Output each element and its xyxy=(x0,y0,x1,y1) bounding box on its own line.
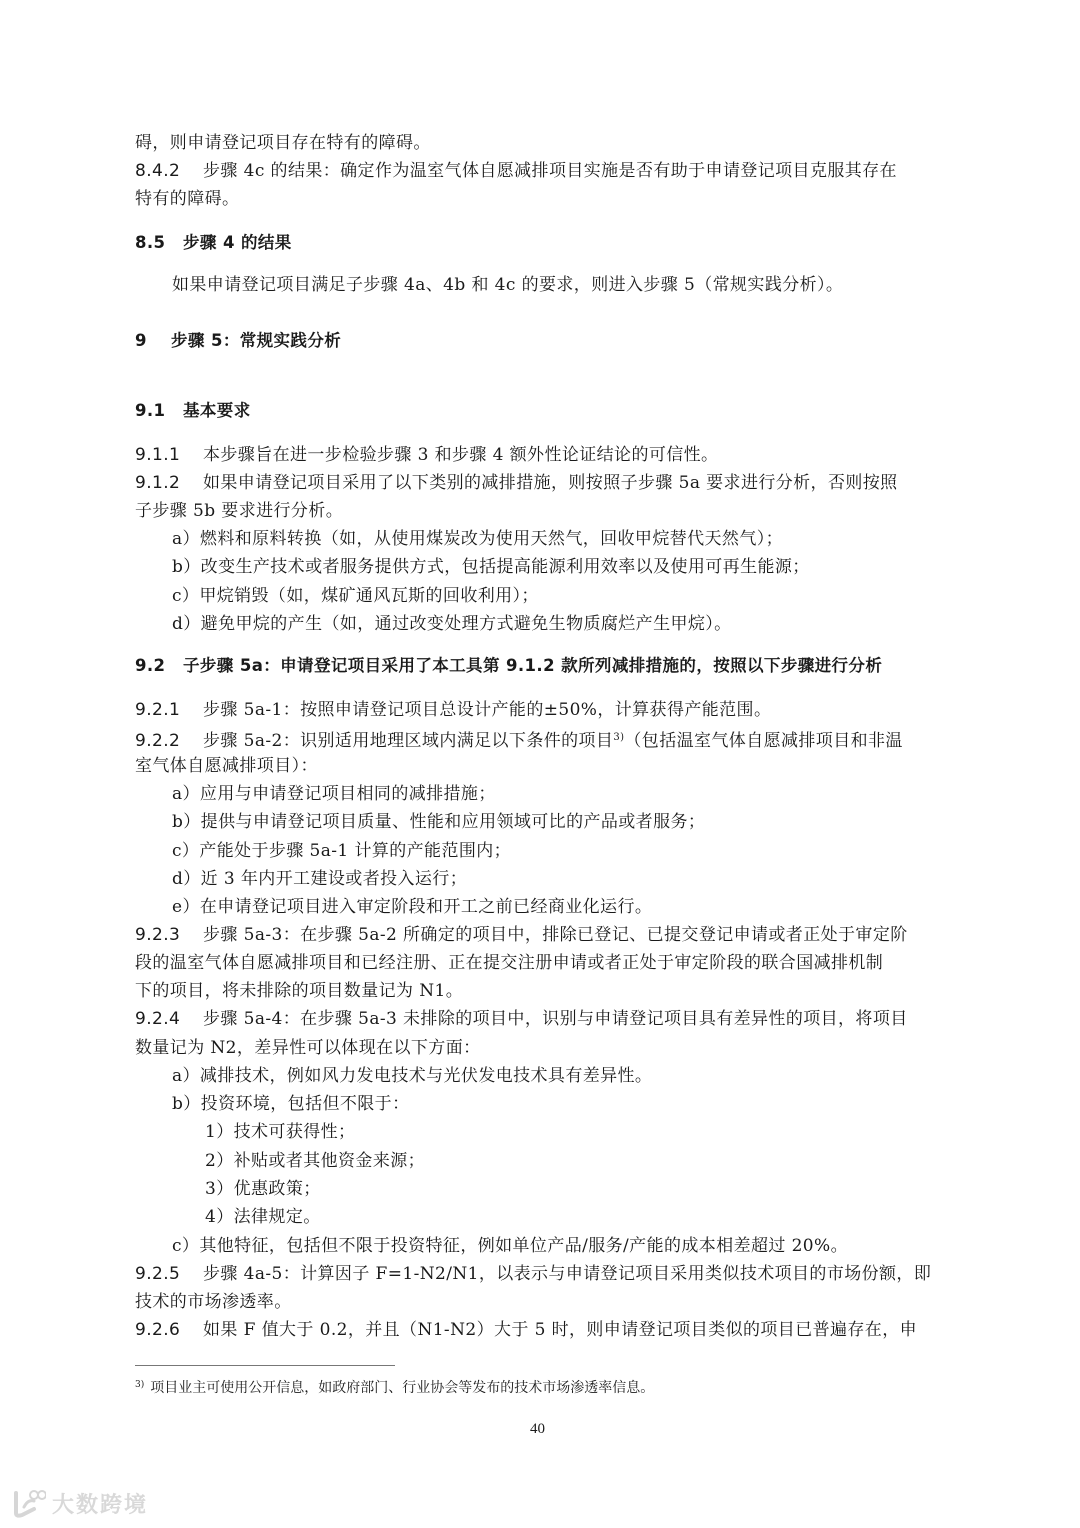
clause-text: 本步骤旨在进一步检验步骤 3 和步骤 4 额外性论证结论的可信性。 xyxy=(203,445,718,465)
paragraph-line: 碍，则申请登记项目存在特有的障碍。 xyxy=(135,132,431,154)
clause-8-4-2: 8.4.2步骤 4c 的结果：确定作为温室气体自愿减排项目实施是否有助于申请登记… xyxy=(135,160,897,182)
section-title: 子步骤 5a：申请登记项目采用了本工具第 9.1.2 款所列减排措施的，按照以下… xyxy=(183,656,882,675)
clause-text: 步骤 5a-1：按照申请登记项目总设计产能的±50%，计算获得产能范围。 xyxy=(203,700,771,720)
section-title: 步骤 4 的结果 xyxy=(183,233,292,252)
clause-number: 9.1.1 xyxy=(135,444,203,466)
sub-list-item: 4）法律规定。 xyxy=(205,1206,321,1228)
clause-9-2-2: 9.2.2步骤 5a-2：识别适用地理区域内满足以下条件的项目3)（包括温室气体… xyxy=(135,727,903,752)
list-item: b）提供与申请登记项目质量、性能和应用领域可比的产品或者服务； xyxy=(172,811,705,833)
clause-number: 9.2.3 xyxy=(135,924,203,946)
clause-text: 步骤 4c 的结果：确定作为温室气体自愿减排项目实施是否有助于申请登记项目克服其… xyxy=(203,161,897,181)
section-number: 9.2 xyxy=(135,655,183,677)
watermark-text: 大数跨境 xyxy=(52,1488,148,1519)
clause-9-2-3: 9.2.3步骤 5a-3：在步骤 5a-2 所确定的项目中，排除已登记、已提交登… xyxy=(135,924,908,946)
clause-number: 8.4.2 xyxy=(135,160,203,182)
brand-logo-icon xyxy=(12,1489,46,1519)
sub-list-item: 3）优惠政策； xyxy=(205,1178,321,1200)
list-item: a）应用与申请登记项目相同的减排措施； xyxy=(172,783,496,805)
clause-number: 9.2.2 xyxy=(135,730,203,752)
section-heading-9-1: 9.1基本要求 xyxy=(135,400,251,422)
paragraph-line: 特有的障碍。 xyxy=(135,188,239,210)
clause-9-2-5: 9.2.5步骤 4a-5：计算因子 F=1-N2/N1，以表示与申请登记项目采用… xyxy=(135,1263,931,1285)
clause-text: 如果申请登记项目采用了以下类别的减排措施，则按照子步骤 5a 要求进行分析，否则… xyxy=(203,473,898,493)
paragraph-line: 数量记为 N2，差异性可以体现在以下方面： xyxy=(135,1037,481,1059)
list-item: e）在申请登记项目进入审定阶段和开工之前已经商业化运行。 xyxy=(172,896,652,918)
clause-number: 9.1.2 xyxy=(135,472,203,494)
clause-number: 9.2.4 xyxy=(135,1008,203,1030)
section-heading-8-5: 8.5步骤 4 的结果 xyxy=(135,232,292,254)
chapter-title: 步骤 5：常规实践分析 xyxy=(171,331,341,350)
footnote-text: 项目业主可使用公开信息，如政府部门、行业协会等发布的技术市场渗透率信息。 xyxy=(150,1380,654,1396)
clause-9-1-2: 9.1.2如果申请登记项目采用了以下类别的减排措施，则按照子步骤 5a 要求进行… xyxy=(135,472,898,494)
clause-text: 如果 F 值大于 0.2，并且（N1-N2）大于 5 时，则申请登记项目类似的项… xyxy=(203,1320,917,1340)
clause-9-2-1: 9.2.1步骤 5a-1：按照申请登记项目总设计产能的±50%，计算获得产能范围… xyxy=(135,699,771,721)
section-number: 9.1 xyxy=(135,400,183,422)
list-item: b）改变生产技术或者服务提供方式，包括提高能源利用效率以及使用可再生能源； xyxy=(172,556,810,578)
clause-9-2-6: 9.2.6如果 F 值大于 0.2，并且（N1-N2）大于 5 时，则申请登记项… xyxy=(135,1319,917,1341)
clause-text: （包括温室气体自愿减排项目和非温 xyxy=(624,731,902,751)
list-item: b）投资环境，包括但不限于： xyxy=(172,1093,409,1115)
paragraph-line: 室气体自愿减排项目）： xyxy=(135,755,318,777)
footnote-marker: 3) xyxy=(135,1380,144,1390)
footnote-reference[interactable]: 3) xyxy=(613,732,624,743)
paragraph-line: 段的温室气体自愿减排项目和已经注册、正在提交注册申请或者正处于审定阶段的联合国减… xyxy=(135,952,883,974)
footnote-divider xyxy=(135,1365,395,1366)
chapter-heading-9: 9步骤 5：常规实践分析 xyxy=(135,330,341,352)
clause-number: 9.2.5 xyxy=(135,1263,203,1285)
sub-list-item: 2）补贴或者其他资金来源； xyxy=(205,1150,425,1172)
page-number: 40 xyxy=(530,1421,545,1438)
clause-text: 步骤 4a-5：计算因子 F=1-N2/N1，以表示与申请登记项目采用类似技术项… xyxy=(203,1264,931,1284)
paragraph-line: 技术的市场渗透率。 xyxy=(135,1291,292,1313)
clause-number: 9.2.1 xyxy=(135,699,203,721)
list-item: d）避免甲烷的产生（如，通过改变处理方式避免生物质腐烂产生甲烷）。 xyxy=(172,613,732,635)
section-number: 8.5 xyxy=(135,232,183,254)
list-item: c）其他特征，包括但不限于投资特征，例如单位产品/服务/产能的成本相差超过 20… xyxy=(172,1235,848,1257)
section-title: 基本要求 xyxy=(183,401,251,420)
clause-text: 步骤 5a-2：识别适用地理区域内满足以下条件的项目 xyxy=(203,731,613,751)
list-item: d）近 3 年内开工建设或者投入运行； xyxy=(172,868,467,890)
clause-text: 步骤 5a-4：在步骤 5a-3 未排除的项目中，识别与申请登记项目具有差异性的… xyxy=(203,1009,908,1029)
list-item: c）产能处于步骤 5a-1 计算的产能范围内； xyxy=(172,840,511,862)
watermark: 大数跨境 xyxy=(12,1488,148,1519)
clause-number: 9.2.6 xyxy=(135,1319,203,1341)
sub-list-item: 1）技术可获得性； xyxy=(205,1121,355,1143)
clause-text: 步骤 5a-3：在步骤 5a-2 所确定的项目中，排除已登记、已提交登记申请或者… xyxy=(203,925,908,945)
paragraph-line: 子步骤 5b 要求进行分析。 xyxy=(135,500,343,522)
list-item: a）减排技术，例如风力发电技术与光伏发电技术具有差异性。 xyxy=(172,1065,652,1087)
chapter-number: 9 xyxy=(135,330,171,352)
paragraph-line: 如果申请登记项目满足子步骤 4a、4b 和 4c 的要求，则进入步骤 5（常规实… xyxy=(172,274,843,296)
footnote: 3)项目业主可使用公开信息，如政府部门、行业协会等发布的技术市场渗透率信息。 xyxy=(135,1377,654,1397)
list-item: c）甲烷销毁（如，煤矿通风瓦斯的回收利用）； xyxy=(172,585,539,607)
list-item: a）燃料和原料转换（如，从使用煤炭改为使用天然气，回收甲烷替代天然气）； xyxy=(172,528,783,550)
clause-9-1-1: 9.1.1本步骤旨在进一步检验步骤 3 和步骤 4 额外性论证结论的可信性。 xyxy=(135,444,718,466)
paragraph-line: 下的项目，将未排除的项目数量记为 N1。 xyxy=(135,980,463,1002)
section-heading-9-2: 9.2子步骤 5a：申请登记项目采用了本工具第 9.1.2 款所列减排措施的，按… xyxy=(135,655,882,677)
clause-9-2-4: 9.2.4步骤 5a-4：在步骤 5a-3 未排除的项目中，识别与申请登记项目具… xyxy=(135,1008,908,1030)
